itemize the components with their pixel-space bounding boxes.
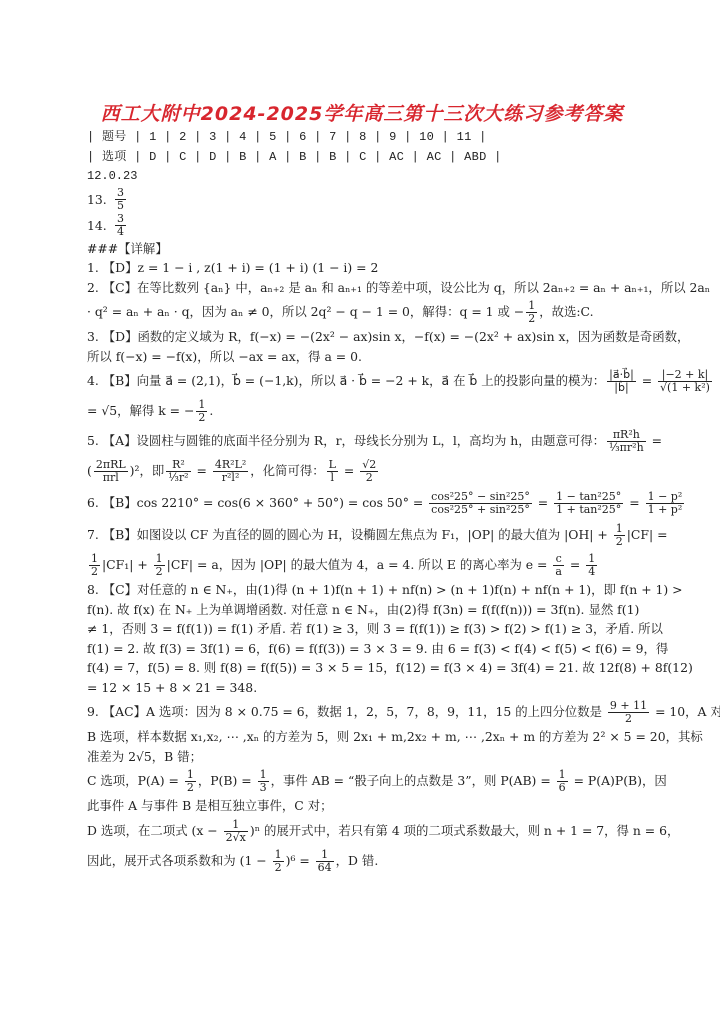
denominator: 4 <box>586 566 597 578</box>
text: |CF| = a，因为 |OP| 的最大值为 4，a = 4. 所以 E 的离心… <box>167 557 552 572</box>
solution-9-line-1: 9. 【AC】A 选项：因为 8 × 0.75 = 6，数据 1，2，5，7，8… <box>87 697 647 727</box>
denominator: 1 + p² <box>646 504 685 516</box>
answer-13-fraction: 35 <box>115 187 126 212</box>
solution-6: 6. 【B】cos 2210° = cos(6 × 360° + 50°) = … <box>87 488 647 518</box>
fraction: 4R²L²r²l² <box>213 459 248 484</box>
solution-8-line-4: f(1) = 2. 故 f(3) = 3f(1) = 6，f(6) = f(f(… <box>87 639 647 659</box>
denominator: 2 <box>273 862 284 874</box>
denominator: a <box>553 566 564 578</box>
text: ，事件 AB = “骰子向上的点数是 3”，则 P(AB) = <box>271 773 555 788</box>
numerator: 1 <box>316 849 334 862</box>
text: |CF₁| + <box>102 557 152 572</box>
denominator: 2 <box>196 412 207 424</box>
denominator: πrl <box>94 472 128 484</box>
fraction: 12√x <box>224 819 248 844</box>
answer-14: 14. 34 <box>87 213 647 239</box>
denominator: √(1 + k²) <box>658 382 712 394</box>
solution-3-line-2: 所以 f(−x) = −f(x)，所以 −ax = ax，得 a = 0. <box>87 347 647 367</box>
fraction: 12 <box>196 399 207 424</box>
solution-7-line-1: 7. 【B】如图设以 CF 为直径的圆的圆心为 H，设椭圆左焦点为 F₁，|OP… <box>87 520 647 550</box>
fraction: |−2 + k|√(1 + k²) <box>658 369 712 394</box>
text: )²，即 <box>130 463 165 478</box>
fraction: 14 <box>586 553 597 578</box>
solution-8-line-6: = 12 × 15 + 8 × 21 = 348. <box>87 678 647 698</box>
text: = <box>340 463 358 478</box>
denominator: 2 <box>608 713 649 725</box>
text: )ⁿ 的展开式中，若只有第 4 项的二项式系数最大，则 n + 1 = 7，得 … <box>250 823 680 838</box>
fraction: 12 <box>614 523 625 548</box>
numerator: 1 <box>273 849 284 862</box>
text: ( <box>87 463 92 478</box>
fraction: Ll <box>327 459 338 484</box>
denominator: 2 <box>185 782 196 794</box>
solution-9-line-4: C 选项，P(A) = 12，P(B) = 13，事件 AB = “骰子向上的点… <box>87 766 647 796</box>
fraction: 1 − p²1 + p² <box>646 491 685 516</box>
solution-9-line-7: 因此，展开式各项系数和为 (1 − 12)⁶ = 164，D 错. <box>87 846 647 876</box>
text: C 选项，P(A) = <box>87 773 183 788</box>
text: 6. 【B】cos 2210° = cos(6 × 360° + 50°) = … <box>87 495 427 510</box>
text: ，P(B) = <box>198 773 256 788</box>
solution-9-line-2: B 选项，样本数据 x₁,x₂, ⋯ ,xₙ 的方差为 5，则 2x₁ + m,… <box>87 727 647 747</box>
text: . <box>209 403 213 418</box>
denominator: ⅓r² <box>166 472 190 484</box>
fraction: 12 <box>89 553 100 578</box>
solution-4-line-1: 4. 【B】向量 a⃗ = (2,1)，b⃗ = (−1,k)，所以 a⃗ · … <box>87 366 647 396</box>
denominator: 2 <box>360 472 378 484</box>
denominator: 6 <box>557 782 568 794</box>
denominator: 4 <box>115 226 126 238</box>
solution-8-line-3: ≠ 1，否则 3 = f(f(1)) = f(1) 矛盾. 若 f(1) ≥ 3… <box>87 619 647 639</box>
fraction: 1 − tan²25°1 + tan²25° <box>554 491 623 516</box>
denominator: 64 <box>316 862 334 874</box>
details-heading: ###【详解】 <box>87 239 647 259</box>
text: = <box>625 495 643 510</box>
solution-8-line-5: f(4) = 7，f(5) = 8. 则 f(8) = f(f(5)) = 3 … <box>87 658 647 678</box>
text: D 选项，在二项式 (x − <box>87 823 222 838</box>
fraction: 2πRLπrl <box>94 459 128 484</box>
fraction: √22 <box>360 459 378 484</box>
document-title: 西工大附中2024-2025学年高三第十三次大练习参考答案 <box>77 100 647 128</box>
text: 7. 【B】如图设以 CF 为直径的圆的圆心为 H，设椭圆左焦点为 F₁，|OP… <box>87 527 612 542</box>
text: 因此，展开式各项系数和为 (1 − <box>87 853 271 868</box>
solution-8-line-1: 8. 【C】对任意的 n ∈ N₊，由(1)得 (n + 1)f(n + 1) … <box>87 580 647 600</box>
text: 5. 【A】设圆柱与圆锥的底面半径分别为 R，r，母线长分别为 L，l，高均为 … <box>87 433 605 448</box>
fraction: πR²h⅓πr²h <box>607 429 646 454</box>
denominator: r²l² <box>213 472 248 484</box>
text: ，化简可得： <box>250 463 324 478</box>
solution-5-line-1: 5. 【A】设圆柱与圆锥的底面半径分别为 R，r，母线长分别为 L，l，高均为 … <box>87 426 647 456</box>
text: ，故选:C. <box>539 304 593 319</box>
denominator: 1 + tan²25° <box>554 504 623 516</box>
solution-3-line-1: 3. 【D】函数的定义域为 R，f(−x) = −(2x² − ax)sin x… <box>87 327 647 347</box>
denominator: l <box>327 472 338 484</box>
text: = 10，A 对； <box>651 704 720 719</box>
solution-8-line-2: f(n). 故 f(x) 在 N₊ 上为单调增函数. 对任意 n ∈ N₊，由(… <box>87 600 647 620</box>
denominator: 5 <box>115 200 126 212</box>
text: ，D 错. <box>336 853 379 868</box>
answer-document: 西工大附中2024-2025学年高三第十三次大练习参考答案 | 题号 | 1 |… <box>87 100 647 876</box>
solution-7-line-2: 12|CF₁| + 12|CF| = a，因为 |OP| 的最大值为 4，a =… <box>87 550 647 580</box>
denominator: 2 <box>526 313 537 325</box>
denominator: |b⃗| <box>607 382 636 394</box>
text: 9. 【AC】A 选项：因为 8 × 0.75 = 6，数据 1，2，5，7，8… <box>87 704 606 719</box>
fraction: |a⃗·b⃗||b⃗| <box>607 369 636 394</box>
fraction: 9 + 112 <box>608 700 649 725</box>
text: = <box>566 557 584 572</box>
answer-13: 13. 35 <box>87 187 647 213</box>
answer-13-label: 13. <box>87 192 113 207</box>
denominator: cos²25° + sin²25° <box>429 504 532 516</box>
fraction: 16 <box>557 769 568 794</box>
solution-4-line-2: = √5，解得 k = −12. <box>87 396 647 426</box>
denominator: 2 <box>614 536 625 548</box>
denominator: 2 <box>89 566 100 578</box>
text: = <box>648 433 662 448</box>
text: · q² = aₙ + aₙ · q，因为 aₙ ≠ 0，所以 2q² − q … <box>87 304 524 319</box>
text: = √5，解得 k = − <box>87 403 194 418</box>
fraction: 12 <box>154 553 165 578</box>
denominator: 2 <box>154 566 165 578</box>
solution-9-line-5: 此事件 A 与事件 B 是相互独立事件，C 对； <box>87 796 647 816</box>
numerator: 1 <box>224 819 248 832</box>
text: = <box>638 373 656 388</box>
denominator: 2√x <box>224 832 248 844</box>
fraction: 12 <box>273 849 284 874</box>
solution-5-line-2: (2πRLπrl)²，即R²⅓r² = 4R²L²r²l²，化简可得：Ll = … <box>87 456 647 486</box>
answer-table-header: | 题号 | 1 | 2 | 3 | 4 | 5 | 6 | 7 | 8 | 9… <box>87 128 647 148</box>
text: |CF| = <box>627 527 668 542</box>
fraction: 12 <box>185 769 196 794</box>
solution-9-line-3: 准差为 2√5，B 错； <box>87 747 647 767</box>
fraction: 12 <box>526 300 537 325</box>
solution-1: 1. 【D】z = 1 − i , z(1 + i) = (1 + i) (1 … <box>87 258 647 278</box>
fraction: cos²25° − sin²25°cos²25° + sin²25° <box>429 491 532 516</box>
solution-2-line-2: · q² = aₙ + aₙ · q，因为 aₙ ≠ 0，所以 2q² − q … <box>87 297 647 327</box>
text: )⁶ = <box>286 853 314 868</box>
text: = P(A)P(B)，因 <box>570 773 667 788</box>
answer-14-label: 14. <box>87 218 113 233</box>
fraction: 13 <box>258 769 269 794</box>
denominator: ⅓πr²h <box>607 442 646 454</box>
solution-2-line-1: 2. 【C】在等比数列 {aₙ} 中，aₙ₊₂ 是 aₙ 和 aₙ₊₁ 的等差中… <box>87 278 647 298</box>
fraction: ca <box>553 553 564 578</box>
fraction: 164 <box>316 849 334 874</box>
denominator: 3 <box>258 782 269 794</box>
text: = <box>534 495 552 510</box>
text: = <box>193 463 211 478</box>
fraction: R²⅓r² <box>166 459 190 484</box>
answer-14-fraction: 34 <box>115 213 126 238</box>
answer-12: 12.0.23 <box>87 167 647 187</box>
text: 4. 【B】向量 a⃗ = (2,1)，b⃗ = (−1,k)，所以 a⃗ · … <box>87 373 605 388</box>
solution-9-line-6: D 选项，在二项式 (x − 12√x)ⁿ 的展开式中，若只有第 4 项的二项式… <box>87 816 647 846</box>
answer-table-options: | 选项 | D | C | D | B | A | B | B | C | A… <box>87 148 647 168</box>
